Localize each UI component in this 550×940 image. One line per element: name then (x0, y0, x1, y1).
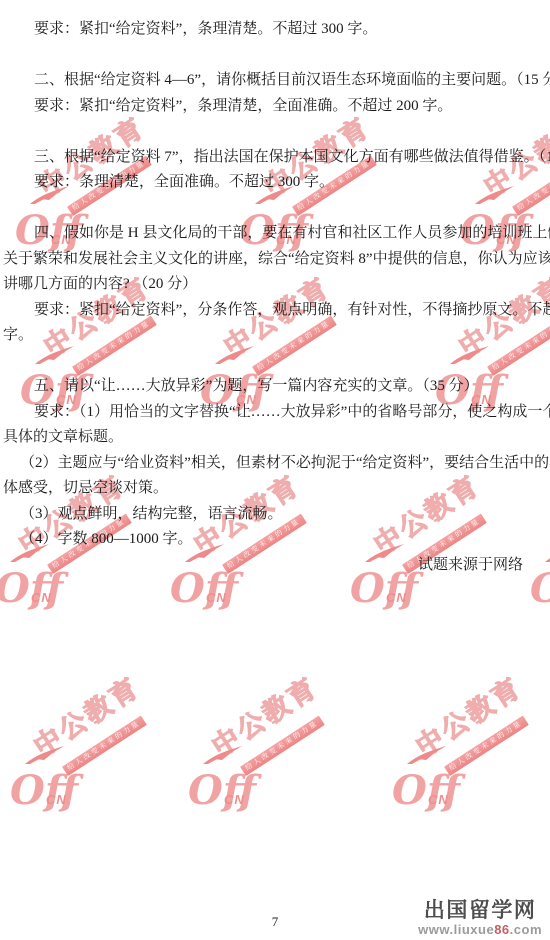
requirement-q5-item1-cont: 具体的文章标题。 (3, 425, 545, 451)
offcn-watermark: 中公教育给人改变未来的力量OffCN (188, 688, 340, 810)
watermark-slogan-ribbon: 给人改变未来的力量 (62, 716, 146, 776)
watermark-flame-icon (24, 745, 66, 770)
question-4-continuation-2: 讲哪几方面的内容? （20 分） (3, 272, 545, 298)
watermark-cn-label: CN (428, 792, 449, 807)
watermark-cn-label: CN (206, 590, 227, 605)
watermark-brand-text: 中公教育 (203, 666, 325, 764)
source-note: 试题来源于网络 (3, 553, 545, 579)
question-2-heading: 二、根据“给定资料 4—6”，请你概括目前汉语生态环境面临的主要问题。（15 分… (3, 68, 545, 94)
requirement-line-q2: 要求：紧扣“给定资料”，条理清楚，全面准确。不超过 200 字。 (3, 94, 545, 120)
watermark-cn-label: CN (224, 792, 245, 807)
document-text: 要求：紧扣“给定资料”，条理清楚。不超过 300 字。 二、根据“给定资料 4—… (0, 0, 550, 578)
site-name: 出国留学网 (418, 899, 542, 922)
requirement-line-q3: 要求：条理清楚，全面准确。不超过 300 字。 (3, 170, 545, 196)
requirement-line-q1: 要求：紧扣“给定资料”，条理清楚。不超过 300 字。 (3, 17, 545, 43)
watermark-off-script: Off (188, 772, 256, 810)
watermark-off-script: Off (392, 772, 460, 810)
site-url-prefix: www.liuxue (418, 922, 494, 937)
watermark-cn-label: CN (31, 590, 52, 605)
watermark-cn-label: CN (46, 792, 67, 807)
requirement-q5-item4: （4）字数 800—1000 字。 (3, 527, 545, 553)
requirement-line-q4: 要求：紧扣“给定资料”，分条作答，观点明确，有针对性，不得摘抄原文。不超过 30… (3, 298, 545, 324)
watermark-cn-label: CN (386, 590, 407, 605)
question-3-heading: 三、根据“给定资料 7”，指出法国在保护本国文化方面有哪些做法值得借鉴。（10 … (3, 145, 545, 171)
question-4-heading: 四、假如你是 H 县文化局的干部，要在有村官和社区工作人员参加的培训班上做一次 (3, 221, 545, 247)
watermark-flame-icon (202, 745, 244, 770)
requirement-q5-item3: （3）观点鲜明，结构完整，语言流畅。 (3, 502, 545, 528)
site-url-highlight: 86 (494, 922, 509, 937)
document-page: 中公教育给人改变未来的力量OffCN中公教育给人改变未来的力量OffCN中公教育… (0, 0, 550, 940)
question-5-heading: 五、请以“让……大放异彩”为题，写一篇内容充实的文章。（35 分） (3, 374, 545, 400)
requirement-q5-item2: （2）主题应与“给业资料”相关，但素材不必拘泥于“给定资料”，要结合生活中的具 (3, 451, 545, 477)
offcn-watermark: 中公教育给人改变未来的力量OffCN (392, 688, 544, 810)
requirement-continuation-q4: 字。 (3, 323, 545, 349)
offcn-watermark: 中公教育给人改变未来的力量OffCN (10, 688, 162, 810)
watermark-brand-text: 中公教育 (25, 666, 147, 764)
watermark-flame-icon (406, 745, 448, 770)
liuxue-site-logo: 出国留学网 www.liuxue86.com (418, 899, 542, 937)
requirement-q5-item1: 要求：（1）用恰当的文字替换“让……大放异彩”中的省略号部分，使之构成一个完整 (3, 400, 545, 426)
watermark-off-script: Off (10, 772, 78, 810)
watermark-slogan-ribbon: 给人改变未来的力量 (240, 716, 324, 776)
site-url-suffix: .com (510, 922, 542, 937)
site-url: www.liuxue86.com (418, 923, 542, 937)
requirement-q5-item2-cont: 体感受，切忌空谈对策。 (3, 476, 545, 502)
watermark-slogan-ribbon: 给人改变未来的力量 (444, 716, 528, 776)
question-4-continuation-1: 关于繁荣和发展社会主义文化的讲座，综合“给定资料 8”中提供的信息，你认为应该重… (3, 247, 545, 273)
watermark-brand-text: 中公教育 (407, 666, 529, 764)
